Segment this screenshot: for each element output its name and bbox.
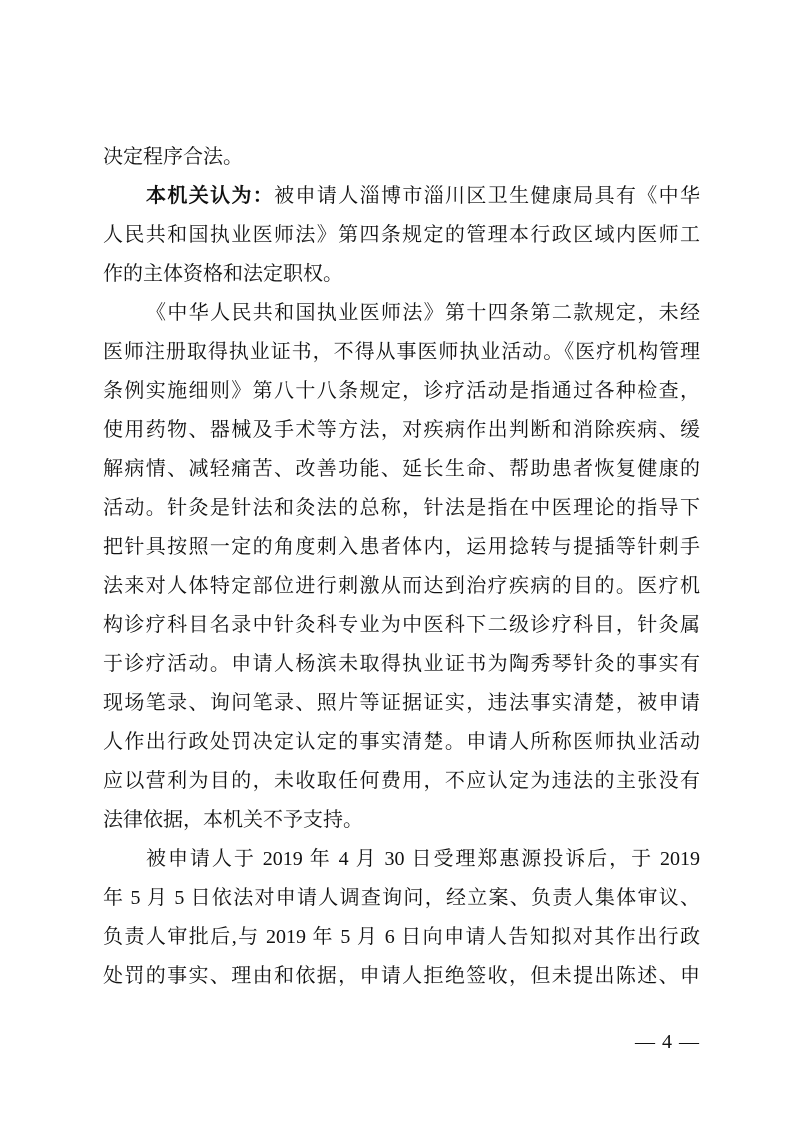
body-line: 应以营利为目的，未收取任何费用，不应认定为违法的主张没有 xyxy=(103,762,700,801)
body-line: 人民共和国执业医师法》第四条规定的管理本行政区域内医师工 xyxy=(103,216,700,255)
body-line: 使用药物、器械及手术等方法，对疾病作出判断和消除疾病、缓 xyxy=(103,411,700,450)
body-line: 作的主体资格和法定职权。 xyxy=(103,255,700,294)
body-line: 现场笔录、询问笔录、照片等证据证实，违法事实清楚，被申请 xyxy=(103,684,700,723)
body-line: 本机关认为：被申请人淄博市淄川区卫生健康局具有《中华 xyxy=(103,177,700,216)
body-line: 条例实施细则》第八十八条规定，诊疗活动是指通过各种检查， xyxy=(103,372,700,411)
body-line: 《中华人民共和国执业医师法》第十四条第二款规定，未经 xyxy=(103,294,700,333)
body-line: 构诊疗科目名录中针灸科专业为中医科下二级诊疗科目，针灸属 xyxy=(103,606,700,645)
page-number: — 4 — xyxy=(635,1030,700,1054)
body-line: 法律依据，本机关不予支持。 xyxy=(103,801,700,840)
body-line: 于诊疗活动。申请人杨滨未取得执业证书为陶秀琴针灸的事实有 xyxy=(103,645,700,684)
body-line: 年 5 月 5 日依法对申请人调查询问，经立案、负责人集体审议、 xyxy=(103,879,700,918)
document-body: 决定程序合法。 本机关认为：被申请人淄博市淄川区卫生健康局具有《中华 人民共和国… xyxy=(103,138,700,996)
body-line: 处罚的事实、理由和依据，申请人拒绝签收，但未提出陈述、申 xyxy=(103,957,700,996)
body-line: 负责人审批后,与 2019 年 5 月 6 日向申请人告知拟对其作出行政 xyxy=(103,918,700,957)
body-line: 被申请人于 2019 年 4 月 30 日受理郑惠源投诉后，于 2019 xyxy=(103,840,700,879)
body-line: 医师注册取得执业证书，不得从事医师执业活动。《医疗机构管理 xyxy=(103,333,700,372)
body-line: 法来对人体特定部位进行刺激从而达到治疗疾病的目的。医疗机 xyxy=(103,567,700,606)
body-line: 决定程序合法。 xyxy=(103,138,700,177)
body-line: 解病情、减轻痛苦、改善功能、延长生命、帮助患者恢复健康的 xyxy=(103,450,700,489)
body-line: 把针具按照一定的角度刺入患者体内，运用捻转与提插等针刺手 xyxy=(103,528,700,567)
body-line-text: 被申请人淄博市淄川区卫生健康局具有《中华 xyxy=(274,185,700,207)
body-line: 人作出行政处罚决定认定的事实清楚。申请人所称医师执业活动 xyxy=(103,723,700,762)
paragraph-lead-bold: 本机关认为： xyxy=(146,185,274,207)
document-page: 决定程序合法。 本机关认为：被申请人淄博市淄川区卫生健康局具有《中华 人民共和国… xyxy=(0,0,794,1123)
body-line: 活动。针灸是针法和灸法的总称，针法是指在中医理论的指导下 xyxy=(103,489,700,528)
